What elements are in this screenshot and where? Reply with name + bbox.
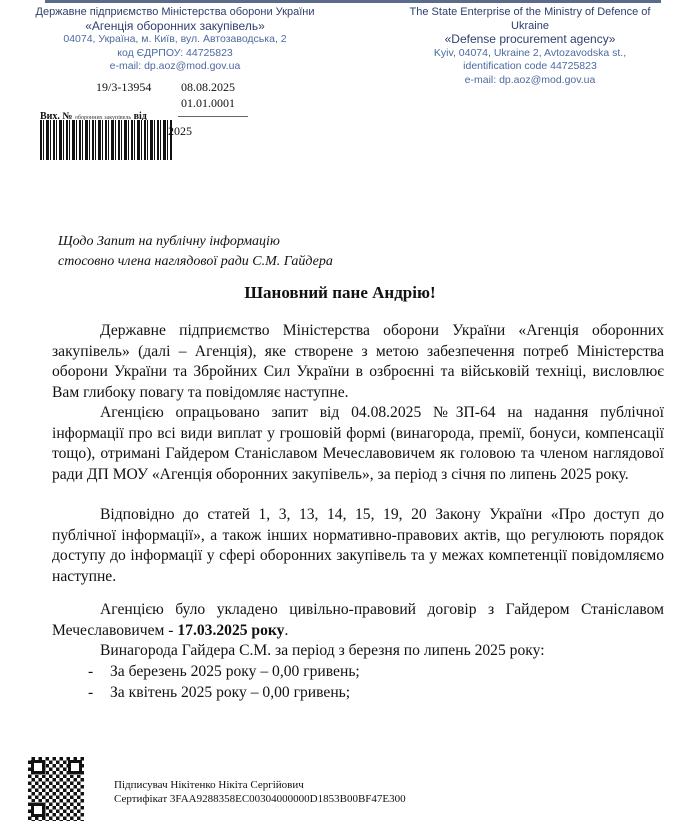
list-dash: - <box>88 683 110 704</box>
secondary-date: 01.01.0001 <box>181 96 235 111</box>
paragraph-request: Агенцією опрацьовано запит від 04.08.202… <box>52 403 664 485</box>
contract-text: Агенцією було укладено цивільно-правовий… <box>52 601 664 639</box>
edrpou-code: код ЄДРПОУ: 44725823 <box>30 47 320 61</box>
letterhead-rule <box>45 0 661 3</box>
payment-april: За квітень 2025 року – 0,00 гривень; <box>110 683 350 704</box>
greeting: Шановний пане Андрію! <box>0 283 680 303</box>
org-name-ua: Державне підприємство Міністерства оборо… <box>30 6 320 20</box>
paragraph-request-text: Агенцією опрацьовано запит від 04.08.202… <box>52 403 664 485</box>
email-en: e-mail: dp.aoz@mod.gov.ua <box>400 74 660 88</box>
outgoing-number: 19/3-13954 <box>96 80 151 95</box>
address-en: Kyiv, 04074, Ukraine 2, Avtozavodska st.… <box>400 47 660 61</box>
list-item: - За квітень 2025 року – 0,00 гривень; <box>88 683 360 704</box>
outgoing-date: 08.08.2025 <box>181 80 235 95</box>
contract-end: . <box>284 622 288 639</box>
paragraph-contract: Агенцією було укладено цивільно-правовий… <box>52 600 664 641</box>
qr-code-icon <box>28 757 84 821</box>
agency-name-en: «Defense procurement agency» <box>400 33 660 47</box>
agency-name-ua: «Агенція оборонних закупівель» <box>30 20 320 34</box>
letterhead-ukrainian: Державне підприємство Міністерства оборо… <box>30 6 320 74</box>
paragraph-intro: Державне підприємство Міністерства оборо… <box>52 321 664 403</box>
certificate-id: Сертифікат 3FAA9288358EC00304000000D1853… <box>114 792 406 806</box>
subject-line-2: стосовно члена наглядової ради С.М. Гайд… <box>58 252 333 272</box>
contract-date: 17.03.2025 року <box>177 622 284 639</box>
signer-name: Підписувач Нікітенко Нікіта Сергійович <box>114 778 406 792</box>
letterhead-english: The State Enterprise of the Ministry of … <box>400 6 660 87</box>
address-ua: 04074, Україна, м. Київ, вул. Автозаводс… <box>30 33 320 47</box>
subject-line-1: Щодо Запит на публічну інформацію <box>58 232 333 252</box>
identification-code: identification code 44725823 <box>400 60 660 74</box>
org-name-en: The State Enterprise of the Ministry of … <box>400 6 660 33</box>
list-item: - За березень 2025 року – 0,00 гривень; <box>88 662 360 683</box>
barcode-icon <box>40 120 172 160</box>
paragraph-remuneration-text: Винагорода Гайдера С.М. за період з бере… <box>52 641 664 662</box>
paragraph-remuneration: Винагорода Гайдера С.М. за період з бере… <box>52 641 664 662</box>
payment-march: За березень 2025 року – 0,00 гривень; <box>110 662 360 683</box>
list-dash: - <box>88 662 110 683</box>
letter-subject: Щодо Запит на публічну інформацію стосов… <box>58 232 333 272</box>
paragraph-legal-basis-text: Відповідно до статей 1, 3, 13, 14, 15, 1… <box>52 505 664 587</box>
paragraph-intro-text: Державне підприємство Міністерства оборо… <box>52 321 664 403</box>
payments-list: - За березень 2025 року – 0,00 гривень; … <box>88 662 360 703</box>
barcode-date: 2025 <box>168 124 192 139</box>
date-underline <box>178 116 248 117</box>
email-ua: e-mail: dp.aoz@mod.gov.ua <box>30 60 320 74</box>
digital-signature: Підписувач Нікітенко Нікіта Сергійович С… <box>114 778 406 806</box>
paragraph-legal-basis: Відповідно до статей 1, 3, 13, 14, 15, 1… <box>52 505 664 587</box>
